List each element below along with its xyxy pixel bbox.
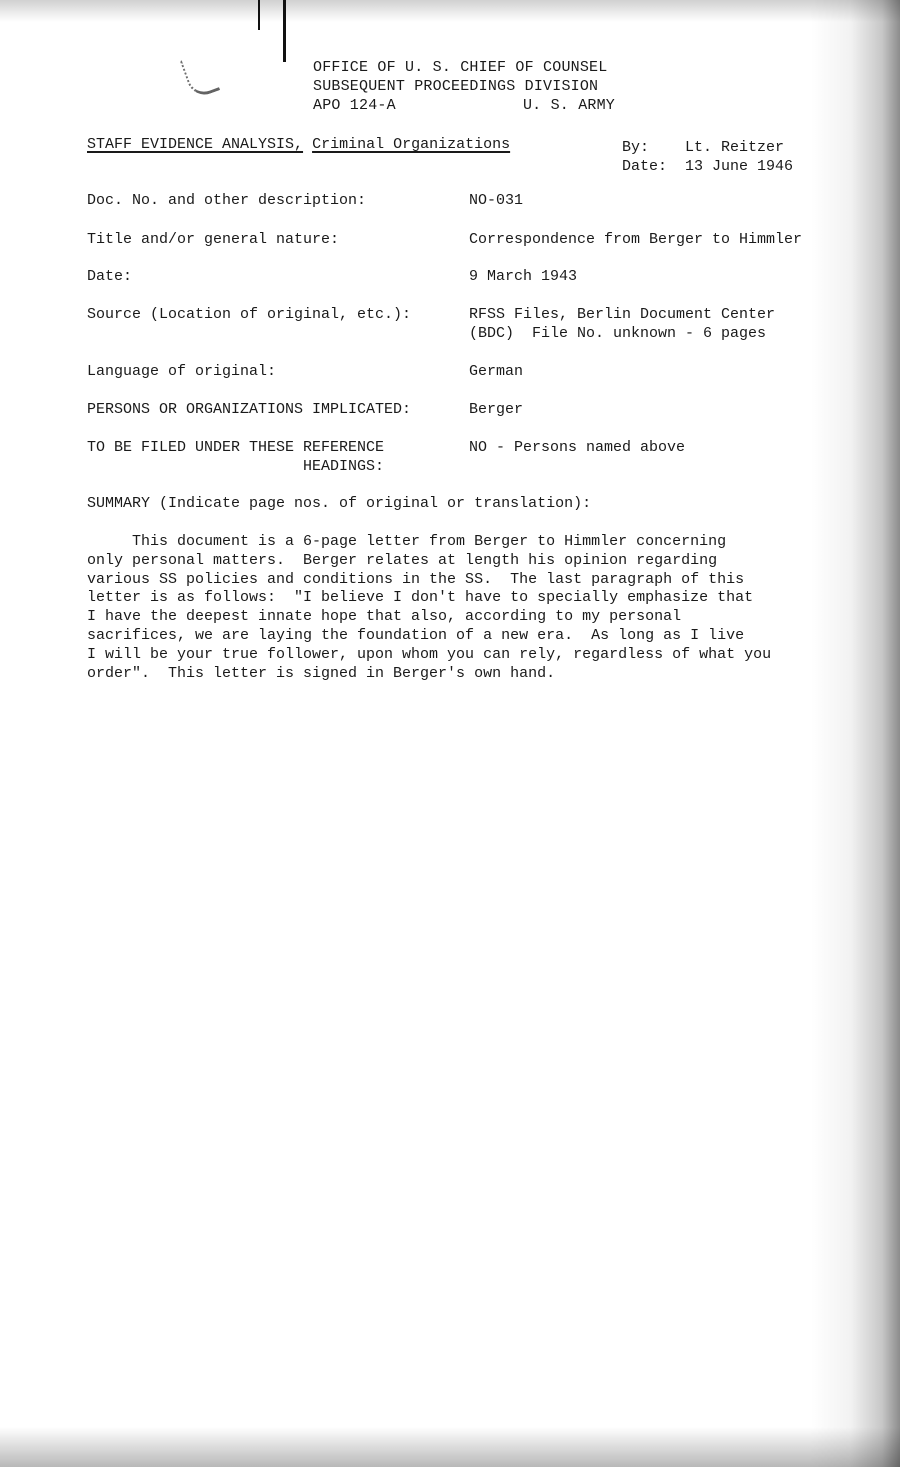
field-label: Date:	[87, 267, 447, 286]
by-value: Lt. Reitzer	[685, 138, 784, 157]
field-label: Doc. No. and other description:	[87, 191, 447, 210]
author-row: By: Lt. Reitzer	[622, 138, 793, 157]
document-title: STAFF EVIDENCE ANALYSIS, Criminal Organi…	[87, 136, 510, 153]
scan-edge-bottom	[0, 1427, 900, 1467]
letterhead-army: U. S. ARMY	[523, 96, 615, 115]
staple-mark	[283, 0, 286, 62]
field-label: Language of original:	[87, 362, 447, 381]
date-row: Date: 13 June 1946	[622, 157, 793, 176]
title-category: Criminal Organizations	[312, 136, 510, 153]
field-value: German	[469, 362, 829, 381]
date-label: Date:	[622, 157, 685, 176]
date-value: 13 June 1946	[685, 157, 793, 176]
field-value: NO-031	[469, 191, 829, 210]
field-label: Source (Location of original, etc.):	[87, 305, 447, 324]
field-value: NO - Persons named above	[469, 438, 829, 457]
summary-body: This document is a 6-page letter from Be…	[87, 533, 807, 683]
title-analysis: STAFF EVIDENCE ANALYSIS,	[87, 136, 303, 153]
letterhead-office: OFFICE OF U. S. CHIEF OF COUNSEL	[313, 58, 615, 77]
byline: By: Lt. Reitzer Date: 13 June 1946	[622, 138, 793, 176]
letterhead-division: SUBSEQUENT PROCEEDINGS DIVISION	[313, 77, 615, 96]
by-label: By:	[622, 138, 685, 157]
field-label: TO BE FILED UNDER THESE REFERENCE HEADIN…	[87, 438, 447, 476]
summary-heading: SUMMARY (Indicate page nos. of original …	[87, 495, 591, 512]
scan-edge-right	[810, 0, 900, 1467]
field-value: 9 March 1943	[469, 267, 829, 286]
staple-mark	[258, 0, 260, 30]
field-value: Berger	[469, 400, 829, 419]
letterhead-apo: APO 124-A	[313, 96, 396, 115]
field-label: Title and/or general nature:	[87, 230, 447, 249]
punch-hole-mark	[180, 51, 220, 99]
letterhead: OFFICE OF U. S. CHIEF OF COUNSEL SUBSEQU…	[313, 58, 615, 115]
field-value: RFSS Files, Berlin Document Center (BDC)…	[469, 305, 829, 343]
scan-edge-top	[0, 0, 900, 22]
field-label: PERSONS OR ORGANIZATIONS IMPLICATED:	[87, 400, 447, 419]
letterhead-address: APO 124-A U. S. ARMY	[313, 96, 615, 115]
field-value: Correspondence from Berger to Himmler	[469, 230, 829, 249]
